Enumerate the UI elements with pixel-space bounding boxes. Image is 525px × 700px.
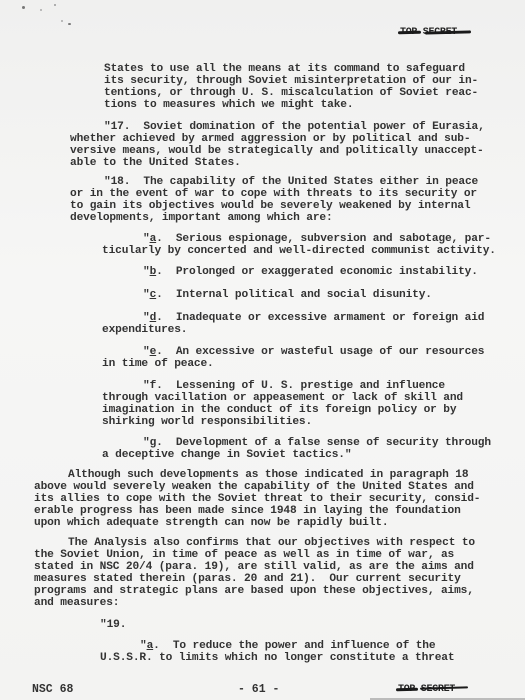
- item-text: . Prolonged or exaggerated economic inst…: [156, 266, 478, 278]
- text-line: ticularly by concerted and well-directed…: [102, 245, 496, 258]
- scan-speck: [22, 6, 25, 9]
- item-c: "c. Internal political and social disuni…: [143, 289, 432, 302]
- text-line: shirking world responsibilities.: [102, 416, 312, 429]
- paragraph-19-heading: "19.: [100, 619, 126, 632]
- scan-speck: [54, 4, 56, 6]
- scan-speck: [61, 20, 63, 22]
- strikethrough-mark: [396, 688, 418, 692]
- item-text: . An excessive or wasteful usage of our …: [156, 346, 484, 358]
- text-line: able to the United States.: [70, 157, 241, 170]
- item-text: . Development of a false sense of securi…: [156, 437, 491, 449]
- item-text: . To reduce the power and influence of t…: [153, 640, 435, 652]
- quote-mark: ": [143, 266, 150, 278]
- text-line: U.S.S.R. to limits which no longer const…: [100, 652, 454, 665]
- quote-mark: ": [143, 346, 150, 358]
- quote-mark: ": [143, 312, 150, 324]
- page-number: - 61 -: [238, 683, 279, 696]
- document-page: TOP SECRET States to use all the means a…: [0, 0, 525, 700]
- text-line: upon which adequate strength can now be …: [34, 517, 388, 530]
- text-line: a deceptive change in Soviet tactics.": [102, 449, 351, 462]
- scan-speck: [68, 23, 71, 25]
- item-d: "d. Inadequate or excessive armament or …: [143, 312, 484, 325]
- text-line: tions to measures which we might take.: [104, 99, 353, 112]
- text-line: developments, important among which are:: [70, 212, 333, 225]
- text-line: in time of peace.: [102, 358, 214, 371]
- quote-mark: ": [140, 640, 147, 652]
- item-text: . Inadequate or excessive armament or fo…: [156, 312, 484, 324]
- scan-speck: [40, 9, 42, 11]
- strikethrough-mark: [398, 31, 421, 35]
- text-line: expenditures.: [102, 324, 187, 337]
- quote-mark: ": [143, 437, 150, 449]
- strikethrough-mark: [425, 30, 471, 34]
- quote-mark: ": [143, 233, 150, 245]
- item-b: "b. Prolonged or exaggerated economic in…: [143, 266, 478, 279]
- document-id: NSC 68: [32, 683, 73, 696]
- item-text: . Internal political and social disunity…: [156, 289, 432, 301]
- item-text: . Serious espionage, subversion and sabo…: [156, 233, 491, 245]
- text-line: and measures:: [34, 597, 119, 610]
- quote-mark: ": [143, 289, 150, 301]
